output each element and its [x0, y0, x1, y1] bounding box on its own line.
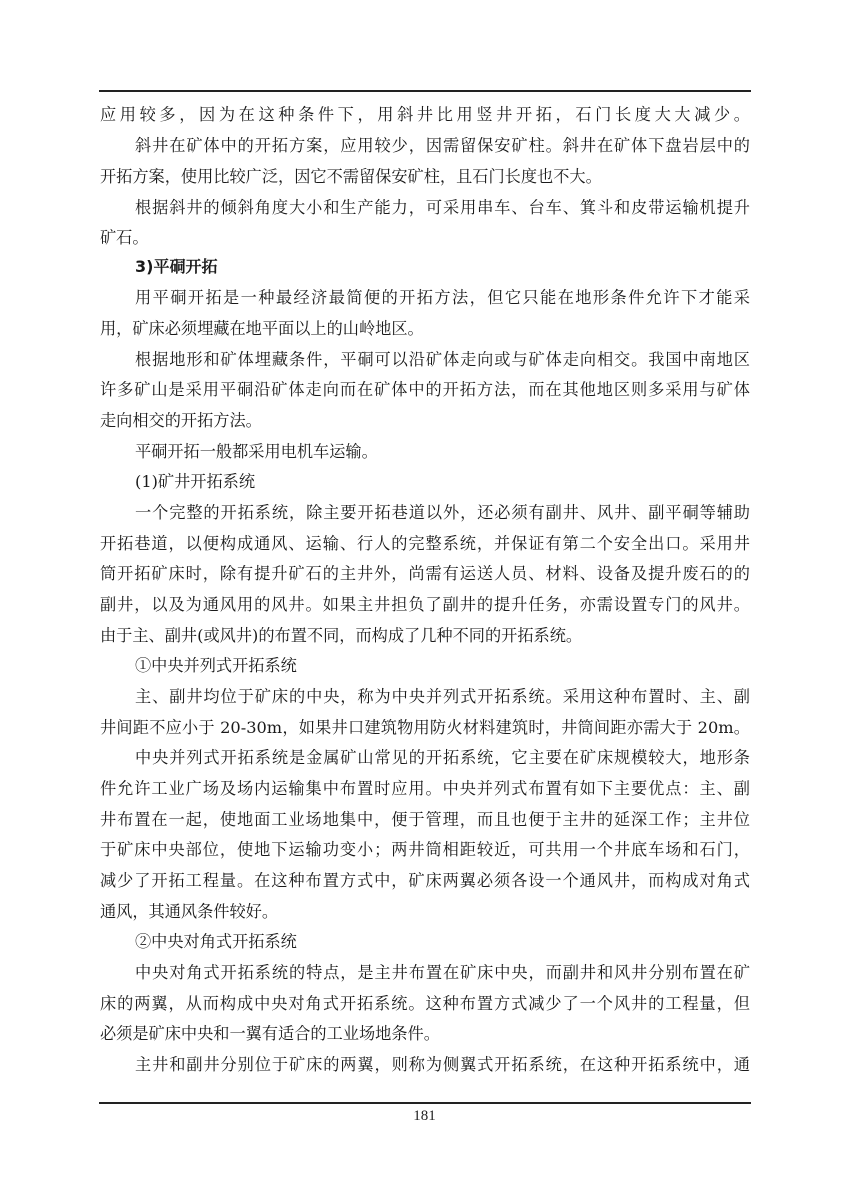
- item-heading: ①中央并列式开拓系统: [135, 655, 750, 677]
- paragraph-line: 根据地形和矿体埋藏条件，平硐可以沿矿体走向或与矿体走向相交。我国中南地区: [135, 349, 750, 371]
- paragraph-line: 件允许工业广场及场内运输集中布置时应用。中央并列式布置有如下主要优点：主、副: [100, 778, 750, 800]
- paragraph-line: 井间距不应小于 20-30m，如果井口建筑物用防火材料建筑时，井筒间距亦需大于 …: [100, 717, 750, 739]
- paragraph-line: 开拓方案，使用比较广泛，因它不需留保安矿柱，且石门长度也不大。: [100, 166, 750, 188]
- paragraph-line: 中央并列式开拓系统是金属矿山常见的开拓系统，它主要在矿床规模较大，地形条: [135, 747, 750, 769]
- paragraph-line: 床的两翼，从而构成中央对角式开拓系统。这种布置方式减少了一个风井的工程量，但: [100, 993, 750, 1015]
- page-number: 181: [0, 1108, 849, 1125]
- paragraph-line: 走向相交的开拓方法。: [100, 410, 750, 432]
- subsection-heading: (1)矿井开拓系统: [135, 471, 750, 493]
- paragraph-line: 根据斜井的倾斜角度大小和生产能力，可采用串车、台车、箕斗和皮带运输机提升: [135, 197, 750, 219]
- section-heading: 3)平硐开拓: [135, 256, 750, 278]
- paragraph-line: 主、副井均位于矿床的中央，称为中央并列式开拓系统。采用这种布置时、主、副: [135, 686, 750, 708]
- paragraph-line: 于矿床中央部位，使地下运输功变小；两井筒相距较近，可共用一个井底车场和石门，: [100, 839, 750, 861]
- paragraph-line: 筒开拓矿床时，除有提升矿石的主井外，尚需有运送人员、材料、设备及提升废石的的: [100, 563, 750, 585]
- paragraph-line: 必须是矿床中央和一翼有适合的工业场地条件。: [100, 1023, 750, 1045]
- header-rule: [99, 90, 751, 92]
- footer-rule: [99, 1102, 751, 1104]
- paragraph-line: 矿石。: [100, 227, 750, 249]
- paragraph-line: 副井，以及为通风用的风井。如果主井担负了副井的提升任务，亦需设置专门的风井。: [100, 594, 750, 616]
- paragraph-line: 应用较多，因为在这种条件下，用斜井比用竖井开拓，石门长度大大减少。: [100, 104, 750, 126]
- paragraph-line: 由于主、副井(或风井)的布置不同，而构成了几种不同的开拓系统。: [100, 625, 750, 647]
- paragraph-line: 斜井在矿体中的开拓方案，应用较少，因需留保安矿柱。斜井在矿体下盘岩层中的: [135, 135, 750, 157]
- paragraph-line: 用平硐开拓是一种最经济最简便的开拓方法，但它只能在地形条件允许下才能采: [135, 287, 750, 309]
- paragraph-line: 通风，其通风条件较好。: [100, 901, 750, 923]
- document-page: 应用较多，因为在这种条件下，用斜井比用竖井开拓，石门长度大大减少。 斜井在矿体中…: [0, 0, 849, 1200]
- paragraph-line: 中央对角式开拓系统的特点，是主井布置在矿床中央，而副井和风井分别布置在矿: [135, 962, 750, 984]
- paragraph-line: 一个完整的开拓系统，除主要开拓巷道以外，还必须有副井、风井、副平硐等辅助: [135, 502, 750, 524]
- paragraph-line: 开拓巷道，以便构成通风、运输、行人的完整系统，并保证有第二个安全出口。采用井: [100, 533, 750, 555]
- paragraph-line: 井布置在一起，使地面工业场地集中，便于管理，而且也便于主井的延深工作；主井位: [100, 809, 750, 831]
- paragraph-line: 许多矿山是采用平硐沿矿体走向而在矿体中的开拓方法，而在其他地区则多采用与矿体: [100, 379, 750, 401]
- paragraph-line: 减少了开拓工程量。在这种布置方式中，矿床两翼必须各设一个通风井，而构成对角式: [100, 870, 750, 892]
- item-heading: ②中央对角式开拓系统: [135, 931, 750, 953]
- paragraph-line: 主井和副井分别位于矿床的两翼，则称为侧翼式开拓系统，在这种开拓系统中，通: [135, 1054, 750, 1076]
- paragraph-line: 用，矿床必须埋藏在地平面以上的山岭地区。: [100, 318, 750, 340]
- paragraph-line: 平硐开拓一般都采用电机车运输。: [135, 441, 750, 463]
